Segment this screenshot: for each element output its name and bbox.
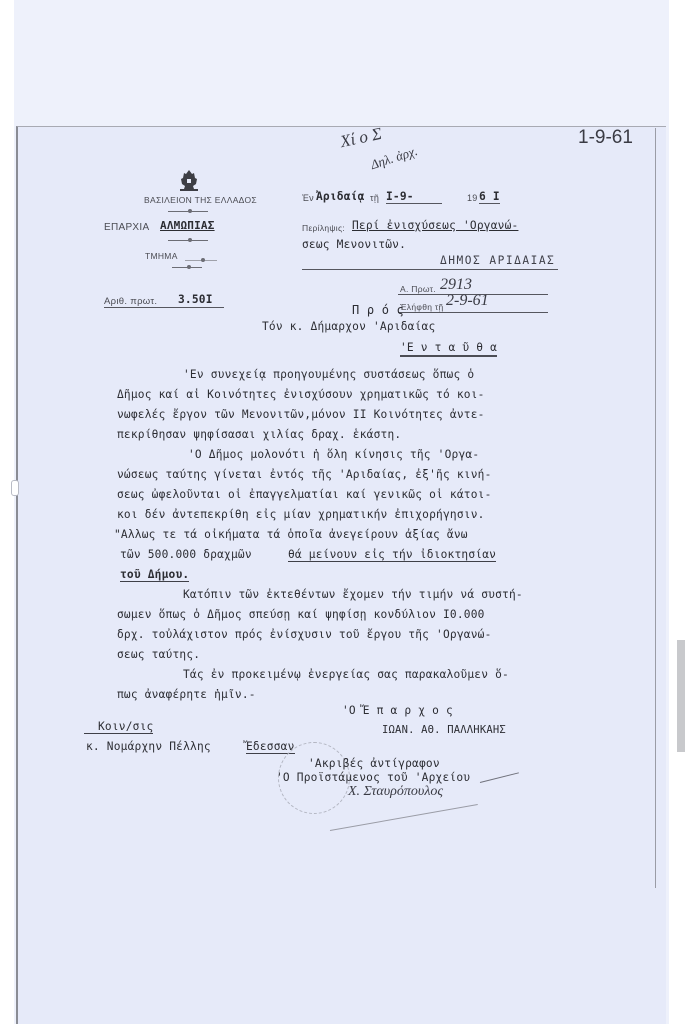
day-prefix: τῇ [370, 193, 379, 203]
body-line: Κατόπιν τῶν ἐκτεθέντων ἔχομεν τήν τιμήν … [183, 588, 523, 601]
province-value: ΑΛΜΩΠΙΑΣ [160, 219, 215, 232]
divider [172, 267, 202, 268]
stamp-protocol-label: Α. Πρωτ. [400, 284, 436, 294]
body-line: πως ἀναφέρητε ἡμῖν.- [117, 688, 256, 701]
body-line: κοι δέν ἀντεπεκρίθη εἰς μίαν χρηματικήν … [117, 508, 485, 521]
certification-line-2: 'Ο Προϊστάμενος τοῦ 'Αρχείου [276, 771, 470, 784]
year-prefix: 19 [467, 193, 478, 203]
body-line: "Αλλως τε τά οἰκήματα τά ὁποῖα ἀνεγείρου… [114, 528, 468, 541]
page-right-edge [655, 128, 656, 888]
protocol-number: 3.50Ι [178, 293, 213, 306]
body-line: δρχ. τοὐλάχιστον πρός ἐνίσχυσιν τοῦ ἔργο… [117, 628, 492, 641]
place-prefix: Ἐν [302, 193, 314, 203]
divider [168, 240, 208, 241]
body-line: 'Ο Δῆμος μολονότι ἡ ὅλη κίνησις τῆς 'Οργ… [188, 448, 479, 461]
punch-hole [11, 480, 19, 496]
handwritten-date: 1-9-61 [578, 127, 633, 149]
year-value: 6 Ι [479, 190, 500, 204]
section-label: ΤΜΗΜΑ [145, 251, 178, 261]
document-page [16, 126, 666, 1024]
body-line: Τάς ἐν προκειμένῳ ἐνεργείας σας παρακαλο… [183, 668, 509, 681]
body-line-underlined: τοῦ Δήμου. [120, 568, 189, 582]
recipient-location: 'Ε ν τ α ῦ θ α [400, 341, 497, 357]
body-line-underlined: θά μείνουν εἰς τήν ἰδιοκτησίαν [288, 548, 496, 562]
body-line: νώσεως ταύτης γίνεται ἐντός τῆς 'Αριδαία… [117, 468, 492, 481]
protocol-underline [104, 307, 224, 308]
copy-to-label: Κοιν/σις [84, 720, 153, 734]
coat-of-arms-icon [176, 168, 202, 192]
stamp-date: 2-9-61 [446, 292, 489, 310]
recipient-name: Τόν κ. Δήμαρχον 'Αριδαίας [262, 320, 435, 333]
body-line: σεως ταύτης. [117, 648, 200, 661]
kingdom-label: ΒΑΣΙΛΕΙΟΝ ΤΗΣ ΕΛΛΑΔΟΣ [144, 195, 257, 205]
body-line: 'Εν συνεχείᾳ προηγουμένης συστάσεως ὅπως… [183, 368, 474, 381]
section-blank [185, 260, 217, 261]
stamp-line [302, 269, 558, 270]
subject-label: Περίληψις: [302, 223, 345, 233]
body-line: σεως ὠφελοῦνται οἱ ἐπαγγελματίαι καί γεν… [117, 488, 492, 501]
subject-line-1: Περί ἐνισχύσεως 'Οργανώ- [352, 219, 518, 232]
body-line: τῶν 500.000 δραχμῶν [120, 548, 252, 561]
date-value: Ι-9- [386, 190, 442, 204]
body-line: Δῆμος καί αἱ Κοινότητες ἐνισχύσουν χρημα… [117, 388, 485, 401]
body-line: νωφελές ἔργον τῶν Μενονιτῶν,μόνον ΙΙ Κοι… [117, 408, 485, 421]
handwritten-signature: Χ. Σταυρόπουλος [348, 784, 443, 800]
copy-to-line: κ. Νομάρχην Πέλλης [86, 740, 211, 753]
subject-line-2: σεως Μενονιτῶν. [302, 238, 406, 251]
recipient-to: Π ρ ό ς [352, 303, 404, 317]
body-line: σωμεν ὅπως ὁ Δῆμος σπεύσῃ καί ψηφίσῃ κον… [117, 608, 485, 621]
certification-line-1: 'Ακριβές ἀντίγραφον [308, 757, 440, 770]
body-line: πεκρίθησαν ψηφίσασαι χιλίας δραχ. ἑκάστη… [117, 428, 401, 441]
protocol-label: Αριθ. πρωτ. [104, 296, 157, 307]
scrollbar[interactable] [677, 640, 685, 752]
stamp-date-label: Ἐλήφθη τῇ [400, 302, 444, 312]
stamp-line [398, 312, 548, 313]
divider [168, 211, 208, 212]
province-label: ΕΠΑΡΧΙΑ [104, 222, 149, 233]
stamp-title: ΔΗΜΟΣ ΑΡΙΔΑΙΑΣ [440, 254, 555, 267]
place-name: Ἀριδαίᾳ [316, 190, 365, 203]
signature-name: ΙΩΑΝ. ΑΘ. ΠΑΛΛΗΚΑΗΣ [382, 724, 506, 736]
signature-title: 'Ο Ἔ π α ρ χ ο ς [342, 704, 453, 717]
